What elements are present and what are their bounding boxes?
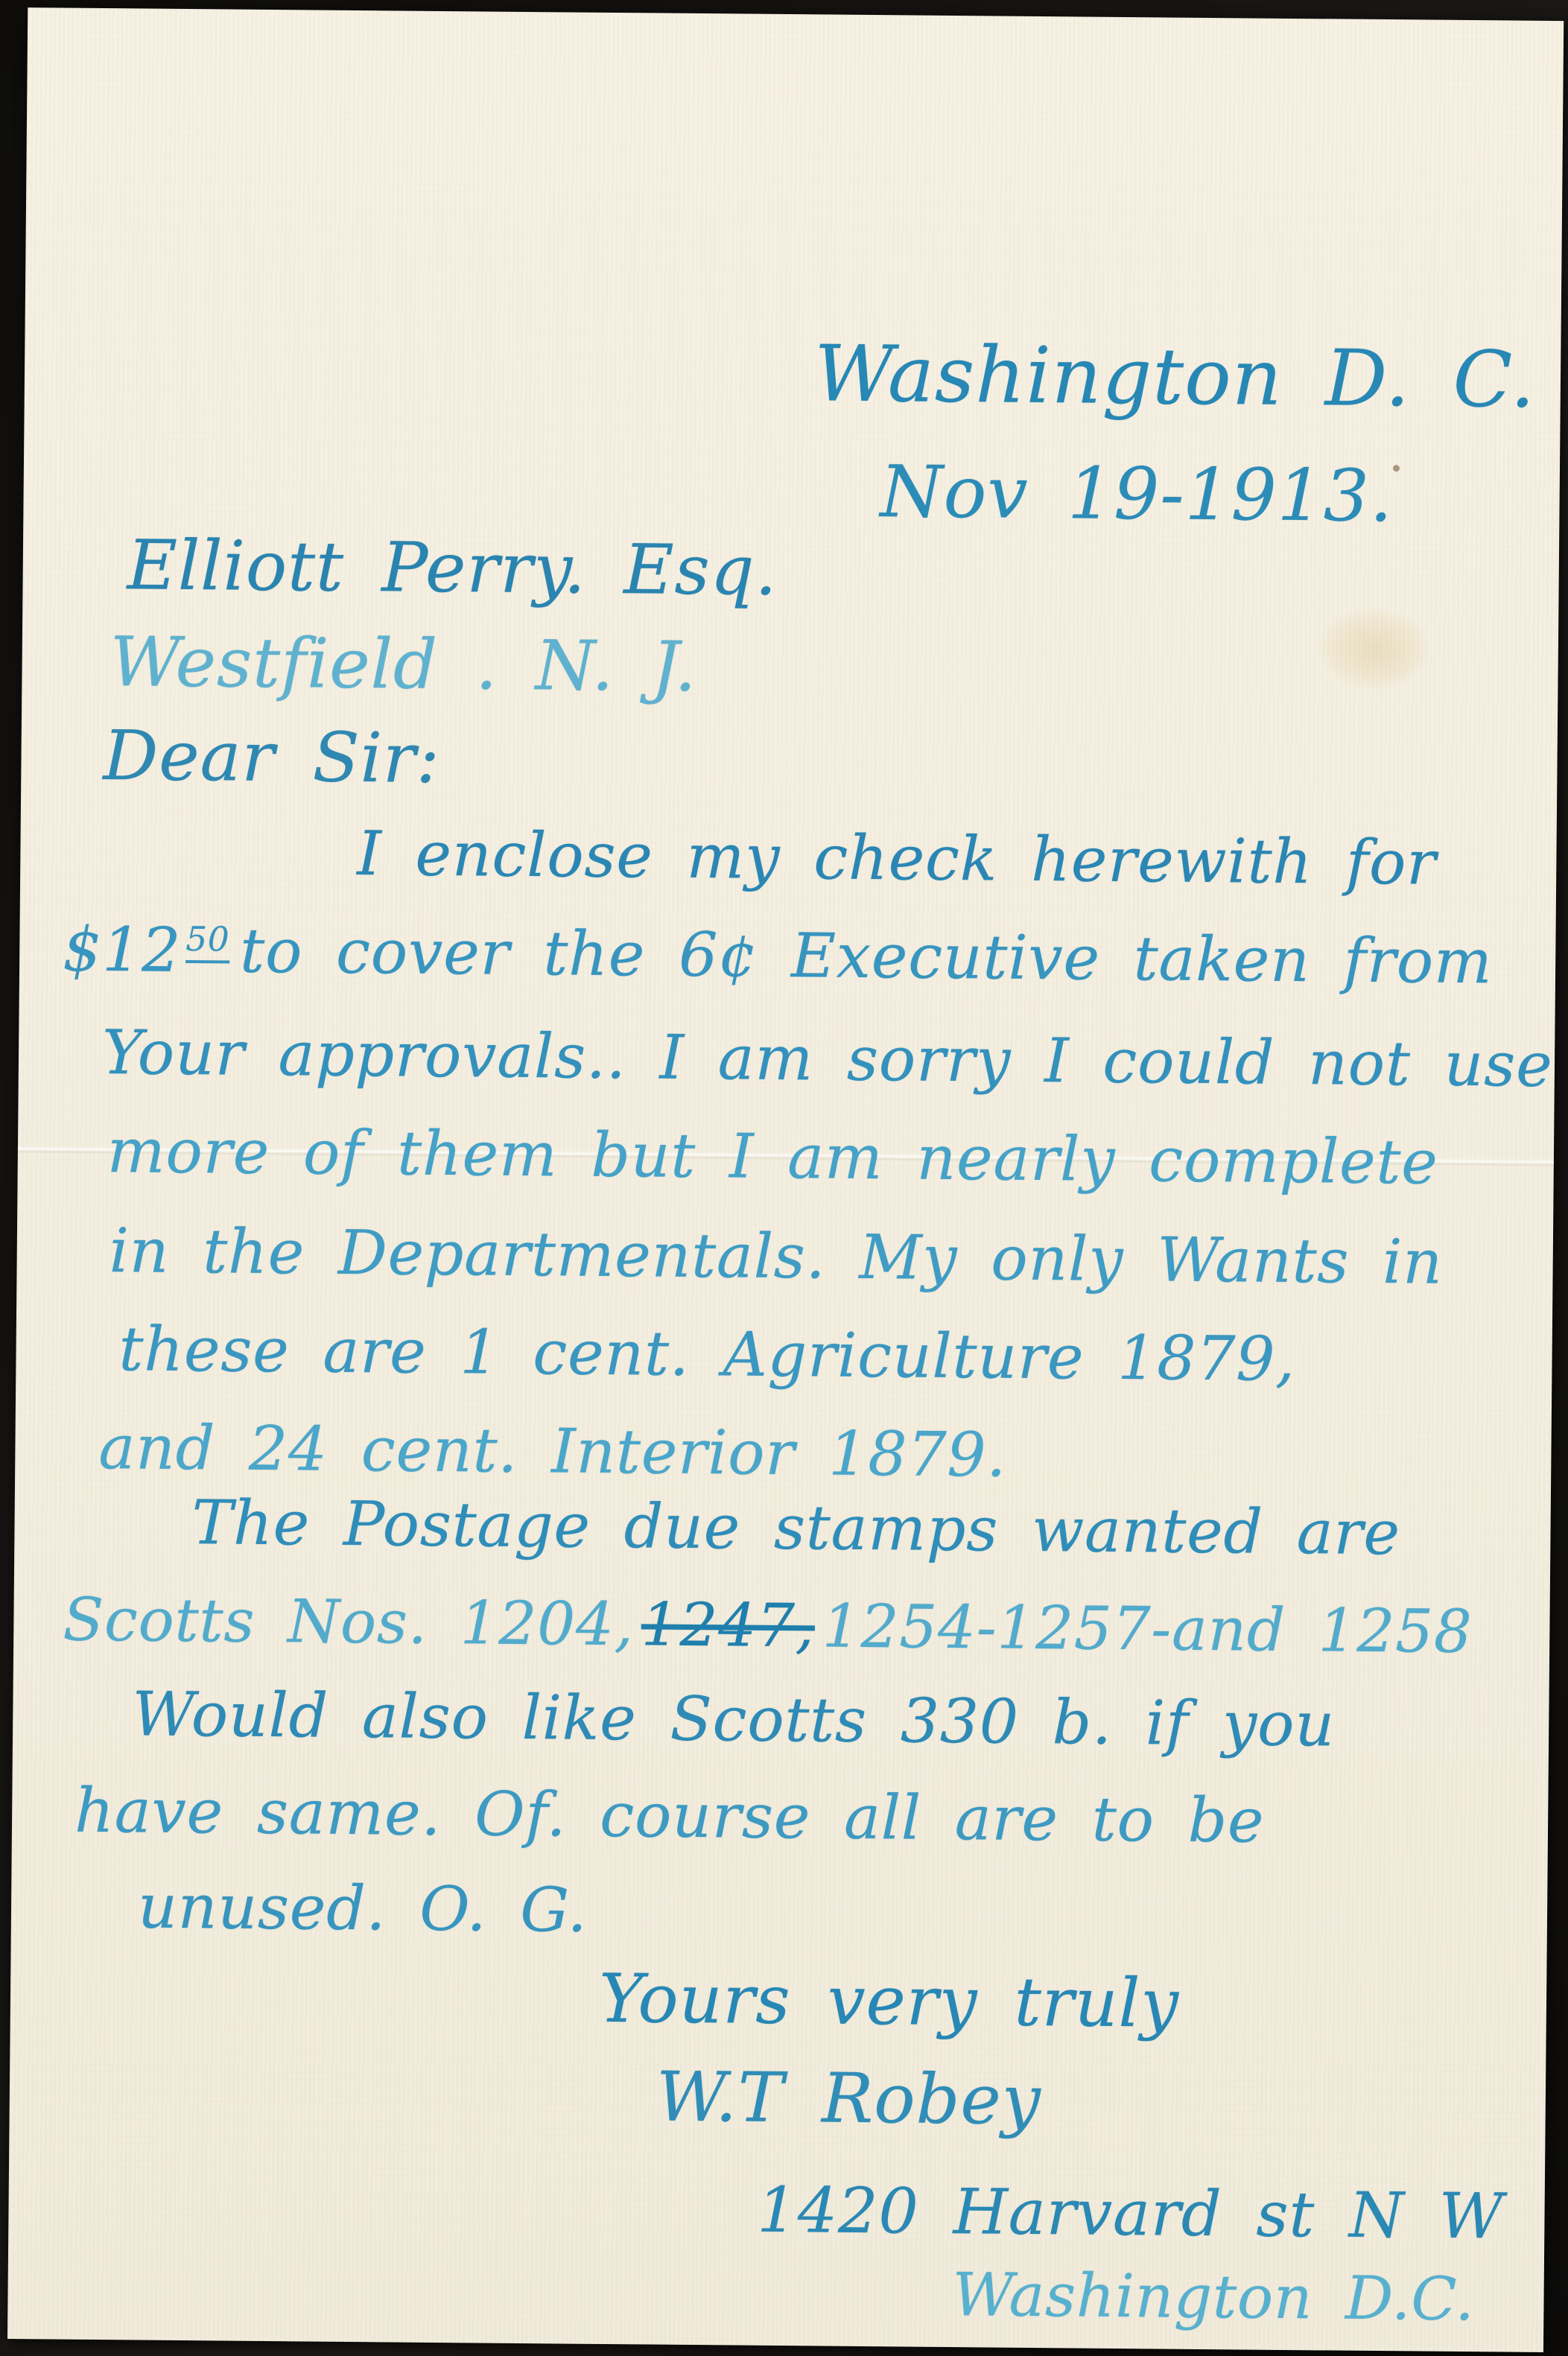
body-line-2: $1250to cover the 6¢ Executive taken fro… (63, 920, 1493, 994)
closing: Yours very truly (599, 1966, 1180, 2038)
body-line-4: more of them but I am nearly complete (107, 1121, 1438, 1194)
check-amount-cents: 50 (185, 919, 230, 964)
body-line-10: Would also like Scotts 330 b. if you (132, 1684, 1335, 1756)
body-line-6: these are 1 cent. Agriculture 1879, (118, 1319, 1295, 1391)
body-line-2-rest: to cover the 6¢ Executive taken from (240, 916, 1493, 998)
check-amount-dollars: $12 (63, 915, 182, 986)
scott-numbers-suffix: 1254-1257-and 1258 (822, 1592, 1472, 1667)
body-line-8: The Postage due stamps wanted are (191, 1493, 1400, 1564)
body-line-1: I enclose my check herewith for (357, 824, 1437, 895)
body-line-12: unused. O. G. (138, 1877, 588, 1942)
body-line-3: Your approvals.. I am sorry I could not … (102, 1023, 1553, 1096)
body-line-5: in the Departmentals. My only Wants in (109, 1221, 1443, 1294)
dateline-city: Washington D. C. (814, 334, 1536, 418)
sender-street: 1420 Harvard st N W (757, 2179, 1504, 2248)
salutation: Dear Sir: (103, 722, 440, 793)
sender-city: Washington D.C. (952, 2265, 1475, 2329)
recipient-name: Elliott Perry. Esq. (127, 531, 778, 606)
body-line-7: and 24 cent. Interior 1879. (98, 1417, 1006, 1487)
body-line-11: have same. Of. course all are to be (74, 1781, 1265, 1852)
recipient-place: Westfield . N. J. (109, 628, 697, 702)
scott-number-struck-out: 1247, (641, 1590, 815, 1660)
letter-scan-background: Washington D. C. Nov 19-1913. Elliott Pe… (0, 0, 1568, 2356)
signature: W.T Robey (656, 2063, 1041, 2136)
body-line-9: Scotts Nos. 1204,1247,1254-1257-and 1258 (63, 1590, 1473, 1663)
dateline-date: Nov 19-1913. (880, 456, 1393, 532)
paper-stain (1318, 607, 1430, 690)
scott-numbers-prefix: Scotts Nos. 1204, (63, 1585, 634, 1660)
letter-page: Washington D. C. Nov 19-1913. Elliott Pe… (7, 7, 1564, 2352)
paper-speck (1393, 465, 1400, 471)
